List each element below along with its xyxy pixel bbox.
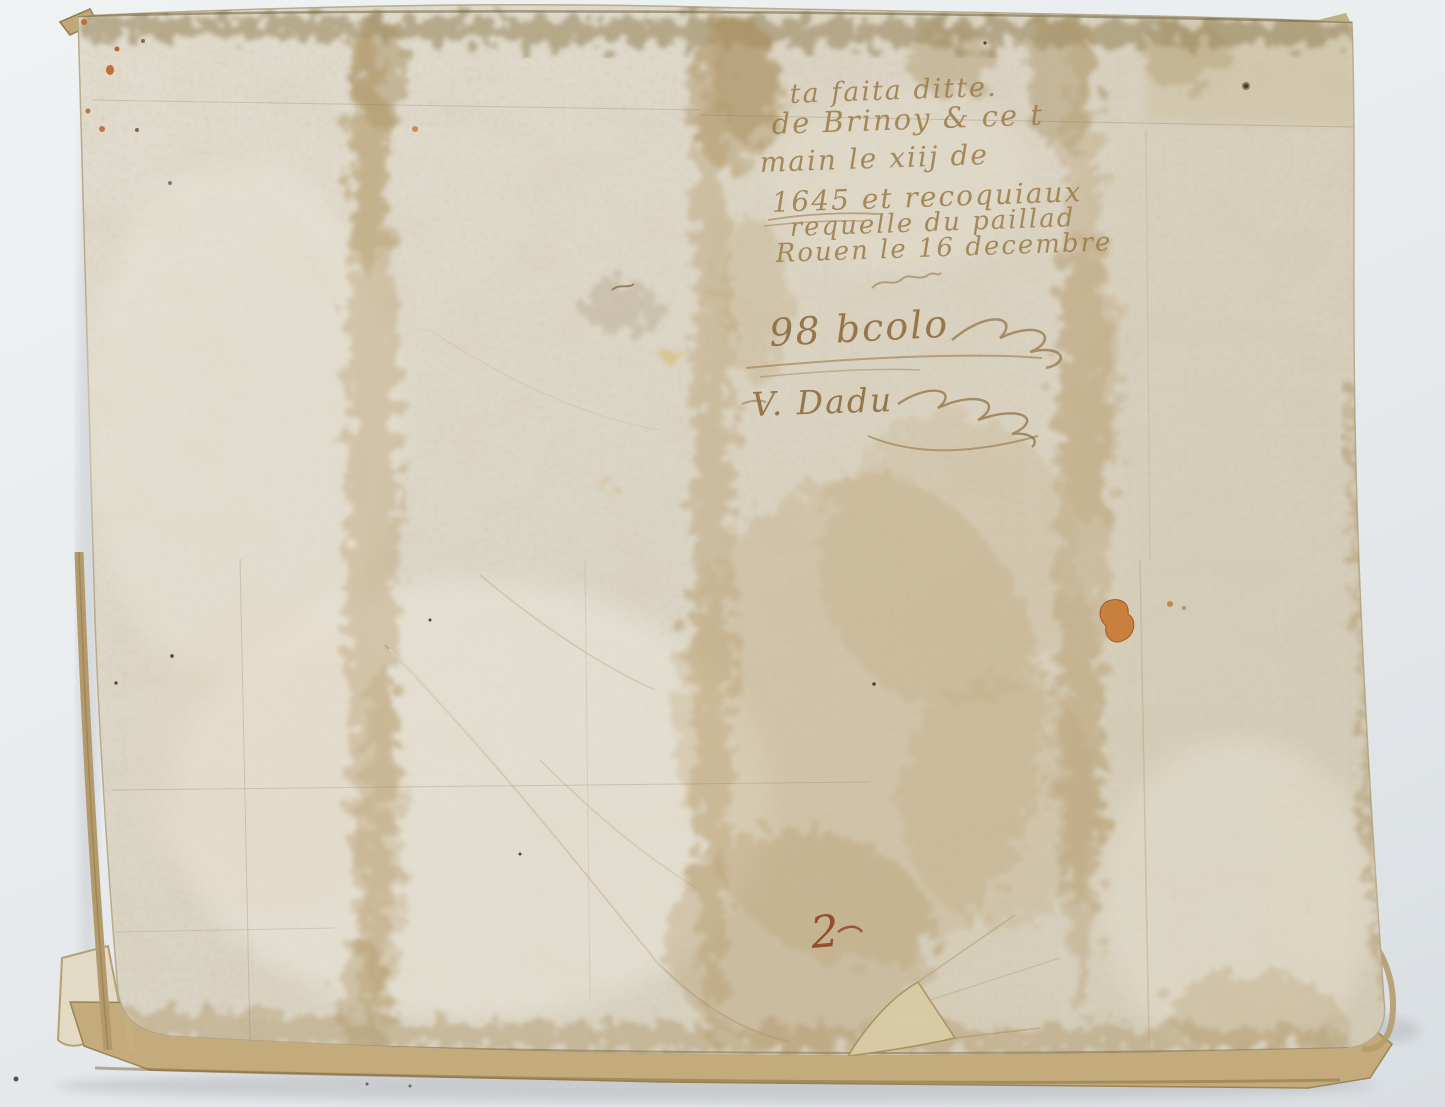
page-mark: 2 (808, 906, 841, 959)
amount-line: 98 bcolo (768, 302, 950, 355)
photograph-of-manuscript: ta faita ditte. de Brinoy & ce t main le… (0, 0, 1445, 1107)
sheet-aging (60, 0, 1405, 1107)
signature: V. Dadu (751, 380, 894, 424)
parchment-scene: ta faita ditte. de Brinoy & ce t main le… (0, 0, 1445, 1107)
